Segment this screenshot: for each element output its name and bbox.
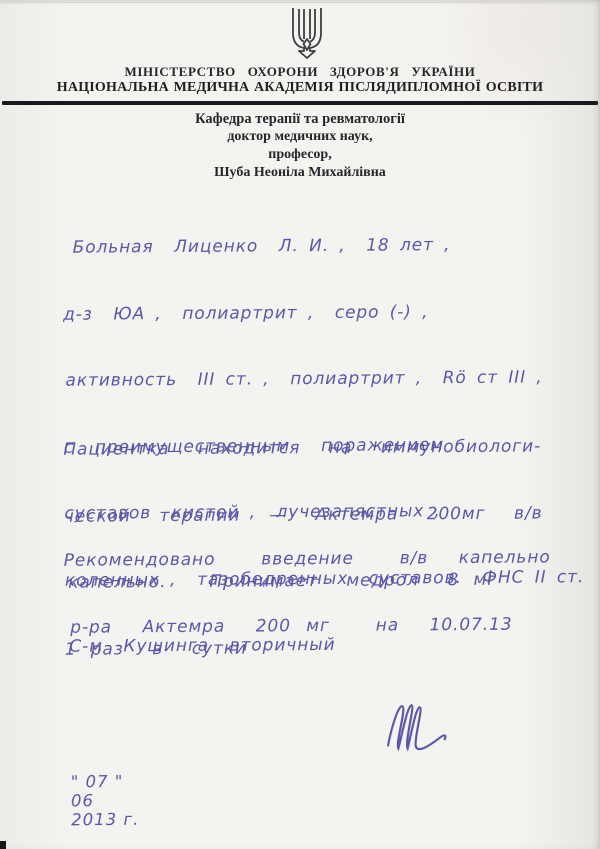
doctor-signature — [380, 694, 464, 766]
department-name: Кафедра терапії та ревматології — [0, 110, 600, 128]
scan-edge-line — [0, 2, 600, 3]
handwritten-line: Больная Лиценко Л. И. , 18 лет , — [73, 234, 573, 264]
ukraine-trident-emblem — [287, 6, 327, 60]
degree-line: доктор медичних наук, — [0, 128, 600, 146]
handwritten-line: р-ра Актемра 200 мг на 10.07.13 — [70, 614, 574, 644]
scan-corner-artifact — [0, 841, 6, 849]
date-month: 06 — [71, 791, 94, 810]
ministry-title: МІНІСТЕРСТВО ОХОРОНИ ЗДОРОВ'Я УКРАЇНИ — [0, 64, 600, 80]
handwritten-line: активность III ст. , полиартрит , Rö ст … — [65, 367, 573, 397]
date-day: " 07 " — [71, 772, 124, 792]
header-divider — [2, 101, 598, 105]
professor-name: Шуба Неоніла Михайлівна — [0, 164, 600, 182]
title-line: професор, — [0, 146, 600, 164]
academy-title: НАЦІОНАЛЬНА МЕДИЧНА АКАДЕМІЯ ПІСЛЯДИПЛОМ… — [0, 80, 600, 96]
handwritten-line: Пациентка находится на иммунобиологи- — [63, 436, 573, 466]
handwritten-paragraph-recommendation: Рекомендовано введение в/в капельно р-ра… — [63, 507, 574, 684]
handwritten-line: д-з ЮА , полиартрит , серо (-) , — [63, 301, 573, 331]
department-block: Кафедра терапії та ревматології доктор м… — [0, 110, 600, 182]
date-year: 2013 г. — [71, 810, 139, 830]
document-page: МІНІСТЕРСТВО ОХОРОНИ ЗДОРОВ'Я УКРАЇНИ НА… — [0, 0, 600, 849]
handwritten-line: Рекомендовано введение в/в капельно — [64, 547, 574, 577]
date-line: " 07 " 06 2013 г. — [46, 750, 367, 848]
